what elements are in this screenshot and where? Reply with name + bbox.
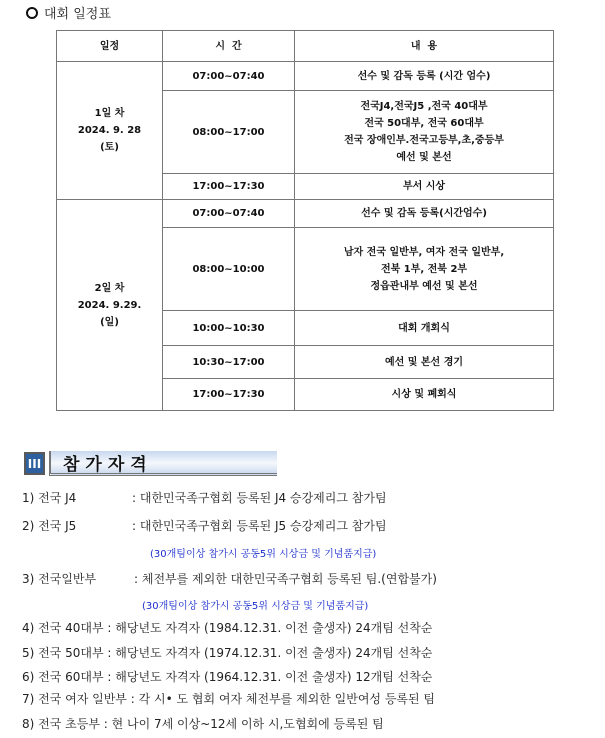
day-weekday: (일) (57, 314, 162, 331)
item-text: : 대한민국족구협회 등록된 J5 승강제리그 참가팀 (132, 519, 387, 533)
item-text: : 현 나이 7세 이상~12세 이하 시,도협회에 등록된 팀 (104, 717, 384, 731)
content-cell: 부서 시상 (295, 174, 554, 200)
content-cell: 남자 전국 일반부, 여자 전국 일반부, 전북 1부, 전북 2부 정읍관내부… (295, 228, 554, 311)
content-cell: 전국J4,전국J5 ,전국 40대부 전국 50대부, 전국 60대부 전국 장… (295, 91, 554, 174)
content-line: 정읍관내부 예선 및 본선 (295, 278, 553, 295)
day-date: 2024. 9. 28 (57, 122, 162, 139)
list-item: 2) 전국 J5: 대한민국족구협회 등록된 J5 승강제리그 참가팀 (22, 517, 387, 534)
content-cell: 시상 및 폐회식 (295, 379, 554, 411)
content-line: 전국J4,전국J5 ,전국 40대부 (295, 98, 553, 115)
content-line: 예선 및 본선 (295, 149, 553, 166)
item-text: : 해당년도 자격자 (1974.12.31. 이전 출생자) 24개팀 선착순 (107, 646, 432, 660)
table-row: 2일 차 2024. 9.29. (일) 07:00~07:40 선수 및 감독… (57, 200, 554, 228)
item-text: : 대한민국족구협회 등록된 J4 승강제리그 참가팀 (132, 491, 387, 505)
content-cell: 선수 및 감독 등록(시간엄수) (295, 200, 554, 228)
day-label: 2일 차 (57, 280, 162, 297)
list-item: 1) 전국 J4: 대한민국족구협회 등록된 J4 승강제리그 참가팀 (22, 489, 387, 506)
qualifications-title: 참가자격 (49, 451, 277, 476)
prize-note: (30개팀이상 참가시 공동5위 시상금 및 기념품지급) (150, 545, 376, 560)
time-cell: 08:00~10:00 (163, 228, 295, 311)
content-cell: 대회 개회식 (295, 311, 554, 346)
day-cell-2: 2일 차 2024. 9.29. (일) (57, 200, 163, 411)
table-header-row: 일정 시 간 내 용 (57, 31, 554, 62)
header-day: 일정 (57, 31, 163, 62)
day-date: 2024. 9.29. (57, 297, 162, 314)
item-label: 6) 전국 60대부 (22, 670, 104, 684)
content-line: 남자 전국 일반부, 여자 전국 일반부, (295, 244, 553, 261)
item-text: : 각 시• 도 협회 여자 체전부를 제외한 일반여성 등록된 팀 (131, 692, 435, 706)
schedule-table: 일정 시 간 내 용 1일 차 2024. 9. 28 (토) 07:00~07… (56, 30, 554, 411)
list-item: 5) 전국 50대부 : 해당년도 자격자 (1974.12.31. 이전 출생… (22, 644, 432, 661)
time-cell: 10:30~17:00 (163, 346, 295, 379)
schedule-heading: 대회 일정표 (26, 3, 111, 22)
time-cell: 08:00~17:00 (163, 91, 295, 174)
header-time: 시 간 (163, 31, 295, 62)
day-weekday: (토) (57, 139, 162, 156)
content-line: 전국 장애인부.전국고등부,초,중등부 (295, 132, 553, 149)
list-item: 7) 전국 여자 일반부 : 각 시• 도 협회 여자 체전부를 제외한 일반여… (22, 690, 435, 707)
day-cell-1: 1일 차 2024. 9. 28 (토) (57, 62, 163, 200)
item-label: 2) 전국 J5 (22, 517, 132, 534)
header-content: 내 용 (295, 31, 554, 62)
day-label: 1일 차 (57, 105, 162, 122)
content-cell: 선수 및 감독 등록 (시간 엄수) (295, 62, 554, 91)
item-label: 8) 전국 초등부 (22, 717, 100, 731)
time-cell: 10:00~10:30 (163, 311, 295, 346)
qualifications-title-bar: III 참가자격 (24, 451, 277, 479)
schedule-heading-title: 대회 일정표 (44, 3, 111, 22)
content-cell: 예선 및 본선 경기 (295, 346, 554, 379)
circle-bullet-icon (26, 7, 38, 19)
time-cell: 17:00~17:30 (163, 174, 295, 200)
list-item: 6) 전국 60대부 : 해당년도 자격자 (1964.12.31. 이전 출생… (22, 668, 432, 685)
table-row: 1일 차 2024. 9. 28 (토) 07:00~07:40 선수 및 감독… (57, 62, 554, 91)
item-text: : 해당년도 자격자 (1984.12.31. 이전 출생자) 24개팀 선착순 (107, 621, 432, 635)
content-line: 전북 1부, 전북 2부 (295, 261, 553, 278)
time-cell: 07:00~07:40 (163, 62, 295, 91)
list-item: 8) 전국 초등부 : 현 나이 7세 이상~12세 이하 시,도협회에 등록된… (22, 715, 384, 732)
prize-note: (30개팀이상 참가시 공동5위 시상금 및 기념품지급) (142, 597, 368, 612)
item-text: : 체전부를 제외한 대한민국족구협회 등록된 팀.(연합불가) (134, 572, 437, 586)
item-label: 1) 전국 J4 (22, 489, 132, 506)
item-label: 3) 전국일반부 (22, 570, 134, 587)
item-label: 5) 전국 50대부 (22, 646, 104, 660)
time-cell: 17:00~17:30 (163, 379, 295, 411)
content-line: 전국 50대부, 전국 60대부 (295, 115, 553, 132)
list-item: 3) 전국일반부: 체전부를 제외한 대한민국족구협회 등록된 팀.(연합불가) (22, 570, 437, 587)
section-number-badge: III (24, 452, 45, 475)
item-label: 7) 전국 여자 일반부 (22, 692, 127, 706)
item-label: 4) 전국 40대부 (22, 621, 104, 635)
time-cell: 07:00~07:40 (163, 200, 295, 228)
item-text: : 해당년도 자격자 (1964.12.31. 이전 출생자) 12개팀 선착순 (107, 670, 432, 684)
list-item: 4) 전국 40대부 : 해당년도 자격자 (1984.12.31. 이전 출생… (22, 619, 432, 636)
